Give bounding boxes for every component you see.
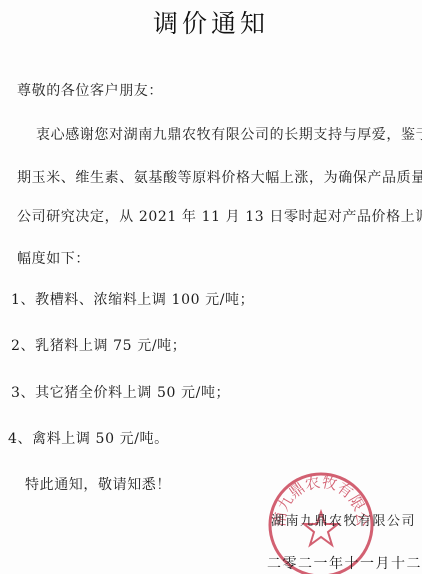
signature-date: 二零二一年十一月十二日 (267, 553, 422, 573)
signature-company: 湖南九鼎农牧有限公司 (271, 510, 416, 529)
price-item: 1、教槽料、浓缩料上调 100 元/吨； (11, 289, 254, 309)
body-line: 衷心感谢您对湖南九鼎农牧有限公司的长期支持与厚爱，鉴于近 (36, 124, 422, 144)
closing-text: 特此通知，敬请知悉！ (25, 474, 171, 494)
body-line: 公司研究决定，从 2021 年 11 月 13 日零时起对产品价格上调，具体 (17, 206, 422, 226)
body-line: 期玉米、维生素、氨基酸等原料价格大幅上涨，为确保产品质量，经 (17, 167, 422, 187)
greeting: 尊敬的各位客户朋友： (17, 80, 163, 100)
document-title: 调价通知 (0, 4, 422, 40)
price-item: 3、其它猪全价料上调 50 元/吨； (11, 382, 230, 402)
price-item: 2、乳猪料上调 75 元/吨； (11, 335, 186, 355)
body-line: 幅度如下： (17, 248, 90, 268)
price-item: 4、禽料上调 50 元/吨。 (8, 428, 169, 448)
